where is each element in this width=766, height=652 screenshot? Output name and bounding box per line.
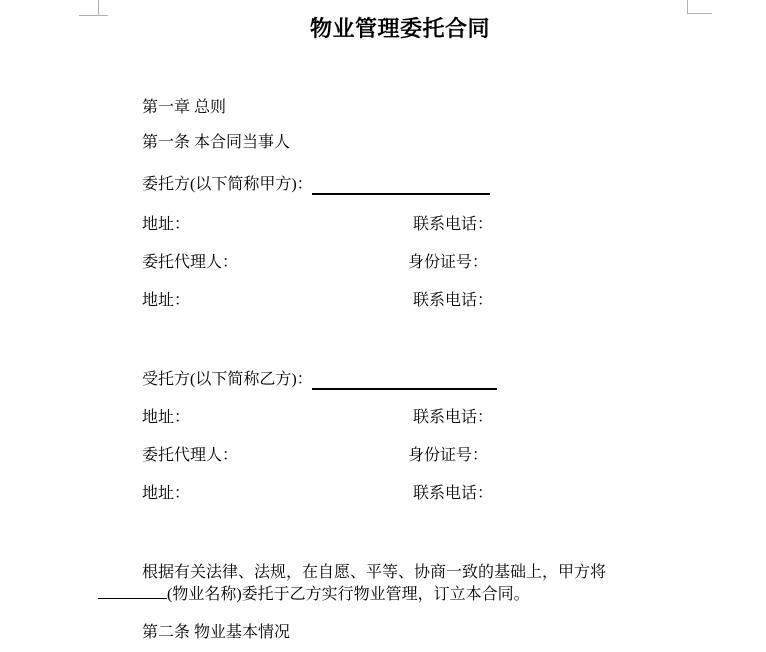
phone-label: 联系电话： — [413, 291, 493, 311]
document-page: 物业管理委托合同 第一章 总则 第一条 本合同当事人 委托方(以下简称甲方)： … — [0, 0, 766, 652]
phone-label: 联系电话： — [413, 408, 493, 428]
party-b-agent-contact-row: 地址： 联系电话： — [0, 484, 766, 504]
id-number-label: 身份证号： — [408, 446, 488, 466]
id-number-label: 身份证号： — [408, 253, 488, 273]
agent-label: 委托代理人： — [142, 253, 238, 273]
address-label: 地址： — [142, 408, 190, 428]
phone-label: 联系电话： — [413, 484, 493, 504]
party-b-agent-row: 委托代理人： 身份证号： — [0, 446, 766, 466]
article-1-heading: 第一条 本合同当事人 — [142, 133, 290, 153]
clause-line-1: 根据有关法律、法规，在自愿、平等、协商一致的基础上，甲方将 — [142, 563, 606, 583]
clause-line-2: (物业名称)委托于乙方实行物业管理，订立本合同。 — [167, 585, 530, 605]
phone-label: 联系电话： — [413, 215, 493, 235]
clause-paragraph: 根据有关法律、法规，在自愿、平等、协商一致的基础上，甲方将 — [0, 563, 766, 583]
text-boundary-mark-top-left-vertical — [98, 0, 99, 15]
contract-title: 物业管理委托合同 — [110, 15, 690, 42]
address-label: 地址： — [142, 291, 190, 311]
party-b-name-blank[interactable] — [312, 388, 497, 390]
address-label: 地址： — [142, 484, 190, 504]
party-a-agent-contact-row: 地址： 联系电话： — [0, 291, 766, 311]
party-b-label: 受托方(以下简称乙方)： — [142, 370, 313, 390]
party-a-contact-row: 地址： 联系电话： — [0, 215, 766, 235]
text-boundary-mark-top-left-horizontal — [79, 15, 108, 16]
text-boundary-mark-top-right-vertical — [687, 0, 688, 13]
party-a-label: 委托方(以下简称甲方)： — [142, 175, 313, 195]
party-b-contact-row: 地址： 联系电话： — [0, 408, 766, 428]
address-label: 地址： — [142, 215, 190, 235]
chapter-1-heading: 第一章 总则 — [142, 98, 226, 118]
agent-label: 委托代理人： — [142, 446, 238, 466]
party-a-agent-row: 委托代理人： 身份证号： — [0, 253, 766, 273]
text-boundary-mark-top-right-horizontal — [687, 13, 712, 14]
party-a-name-blank[interactable] — [312, 193, 490, 195]
article-2-heading: 第二条 物业基本情况 — [142, 623, 290, 643]
